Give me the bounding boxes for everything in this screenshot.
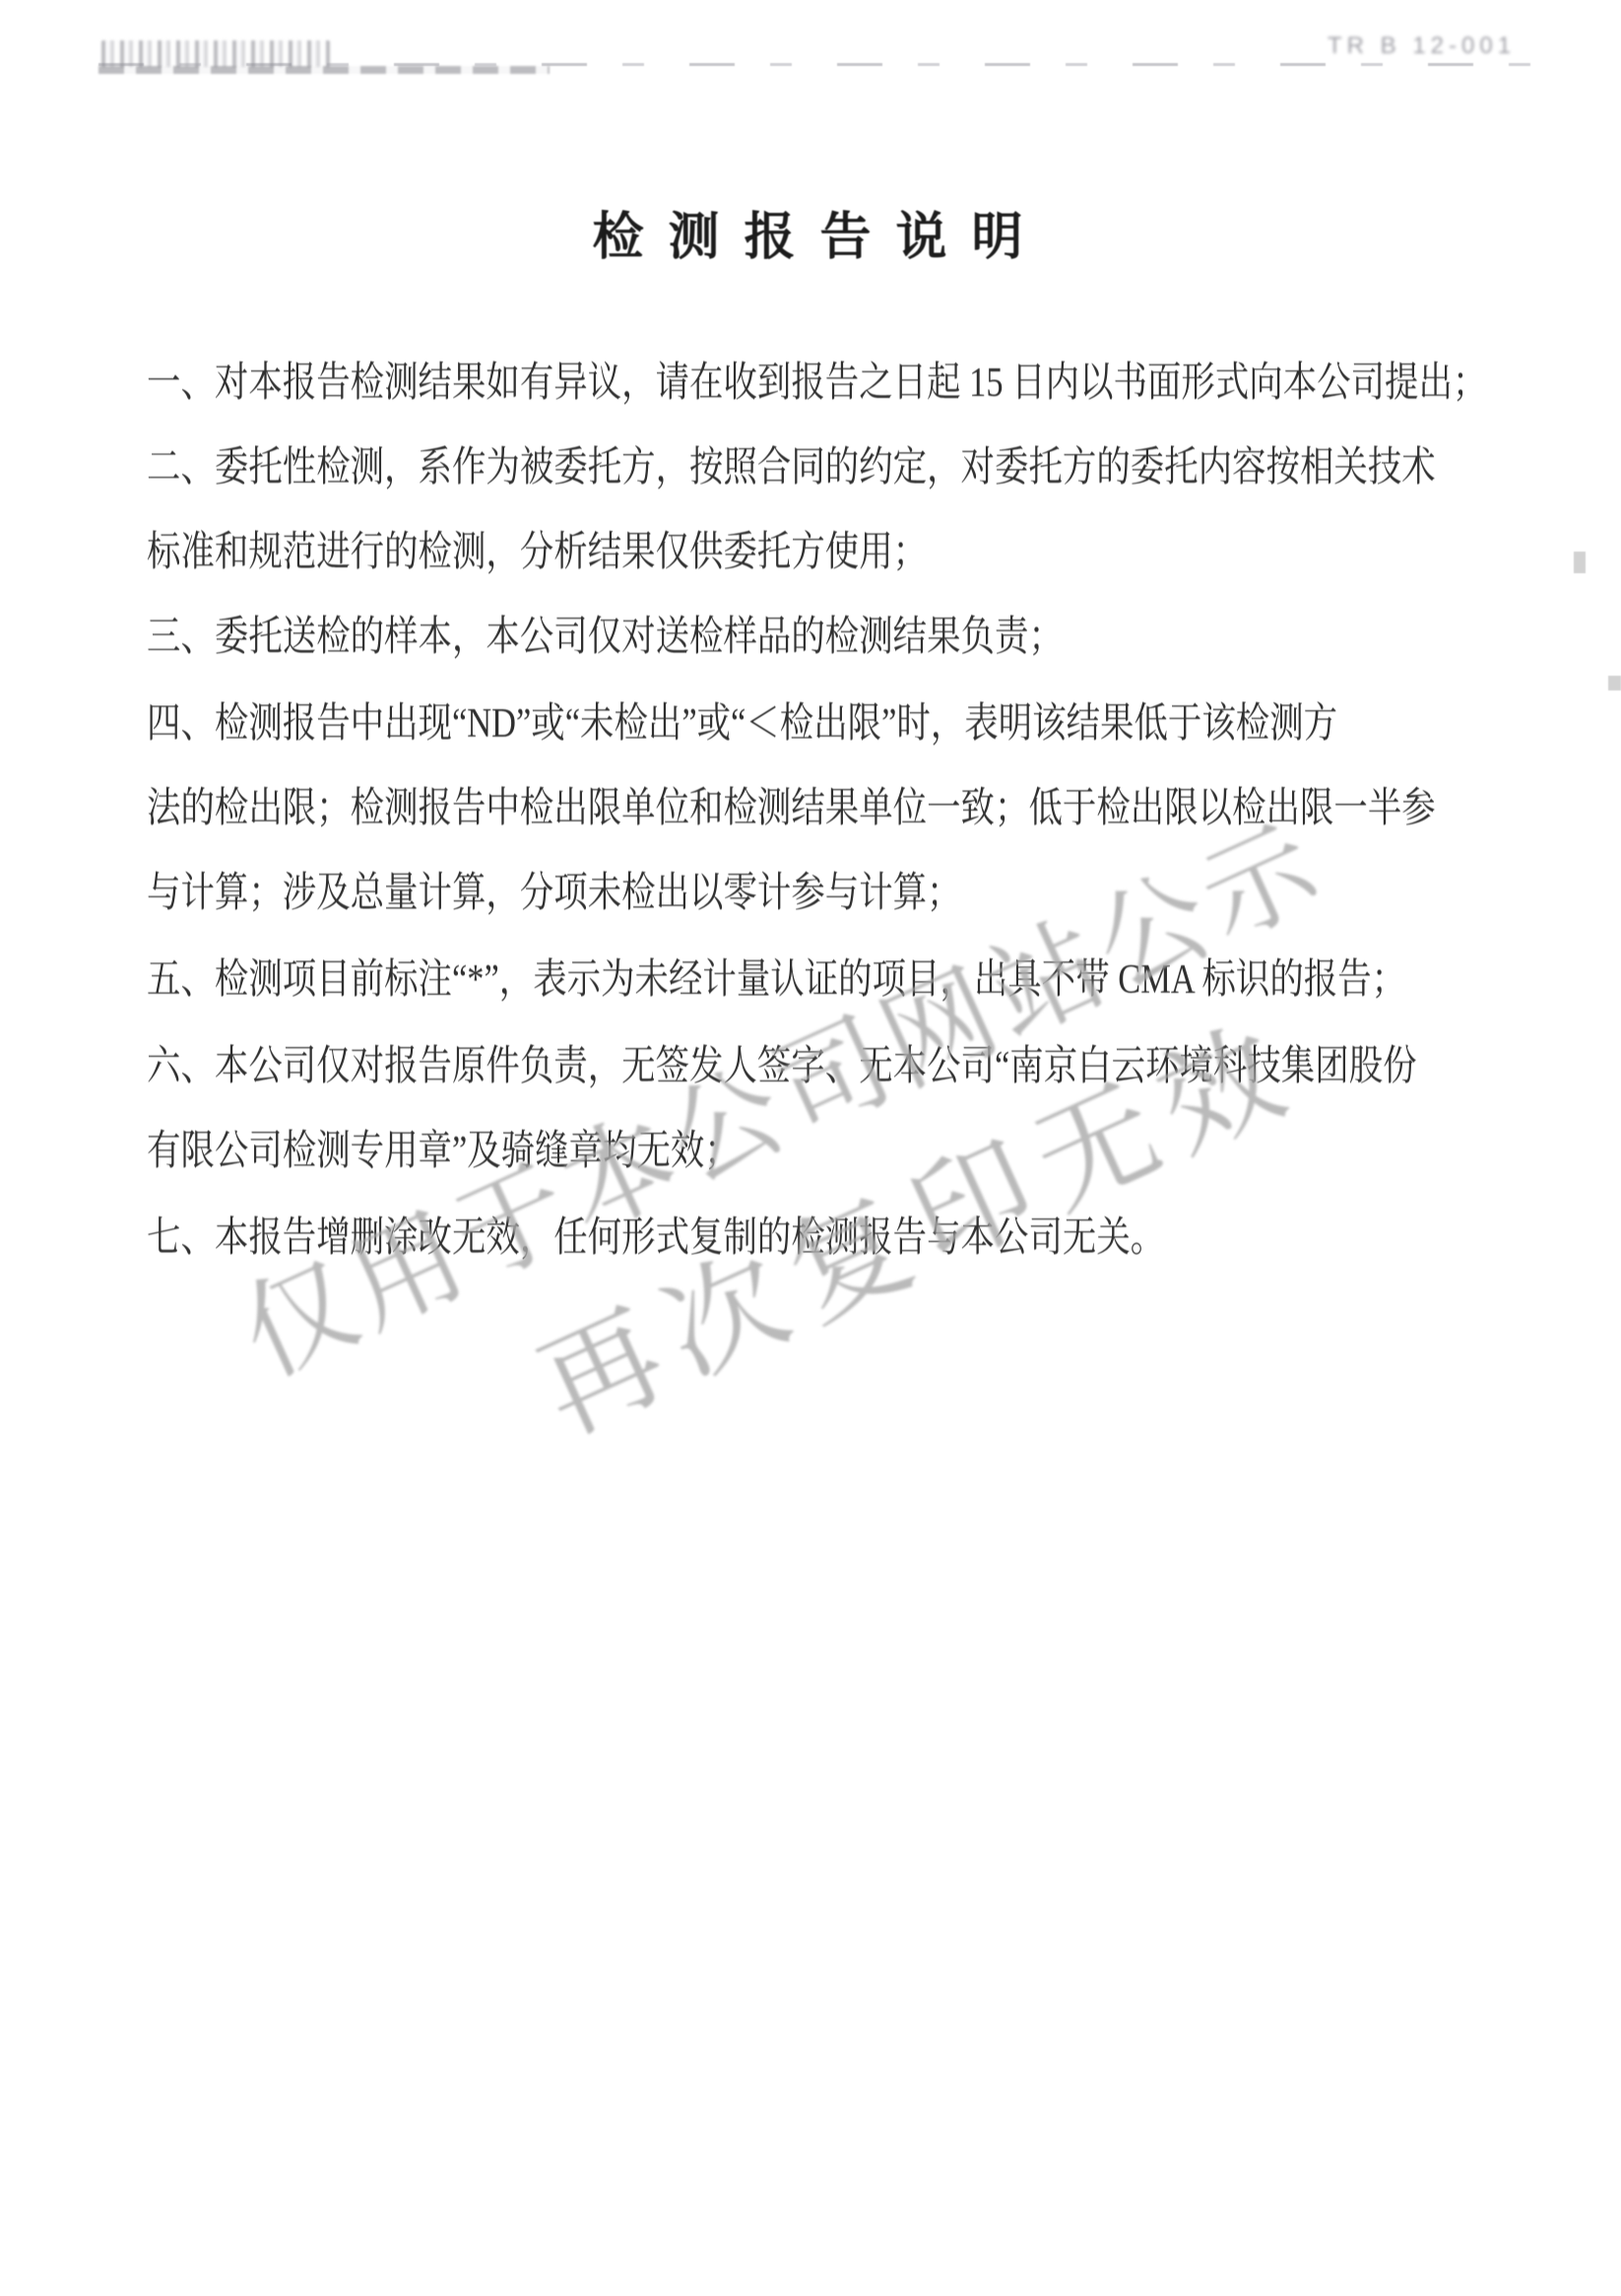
body-line-5: 四、检测报告中出现“ND”或“未检出”或“＜检出限”时，表明该结果低于该检测方 [147, 701, 1520, 747]
header-divider [98, 63, 1538, 66]
body-line-4: 三、委托送检的样本，本公司仅对送检样品的检测结果负责； [147, 615, 1520, 660]
body-line-2: 二、委托性检测，系作为被委托方，按照合同的约定，对委托方的委托内容按相关技术 [147, 445, 1520, 491]
report-page: TR B 12-001 检 测 报 告 说 明 一、对本报告检测结果如有异议，请… [0, 0, 1621, 2296]
body-line-7: 与计算；涉及总量计算，分项未检出以零计参与计算； [147, 871, 1520, 916]
scan-artifact [1574, 552, 1586, 573]
body-line-11: 七、本报告增删涂改无效，任何形式复制的检测报告与本公司无关。 [147, 1215, 1520, 1261]
body-line-3: 标准和规范进行的检测，分析结果仅供委托方使用； [147, 530, 1520, 575]
scan-artifact [1608, 676, 1621, 690]
report-notes: 一、对本报告检测结果如有异议，请在收到报告之日起 15 日内以书面形式向本公司提… [147, 361, 1525, 1306]
body-line-1: 一、对本报告检测结果如有异议，请在收到报告之日起 15 日内以书面形式向本公司提… [147, 361, 1520, 406]
page-title: 检 测 报 告 说 明 [0, 195, 1621, 269]
body-line-8: 五、检测项目前标注“*”，表示为未经计量认证的项目，出具不带 CMA 标识的报告… [147, 957, 1520, 1003]
header-left-underline [98, 66, 550, 74]
header-right-code: TR B 12-001 [1328, 33, 1554, 60]
body-line-9: 六、本公司仅对报告原件负责，无签发人签字、无本公司“南京白云环境科技集团股份 [147, 1044, 1520, 1089]
body-line-10: 有限公司检测专用章”及骑缝章均无效； [147, 1129, 1520, 1174]
body-line-6: 法的检出限；检测报告中检出限单位和检测结果单位一致；低于检出限以检出限一半参 [147, 786, 1520, 831]
